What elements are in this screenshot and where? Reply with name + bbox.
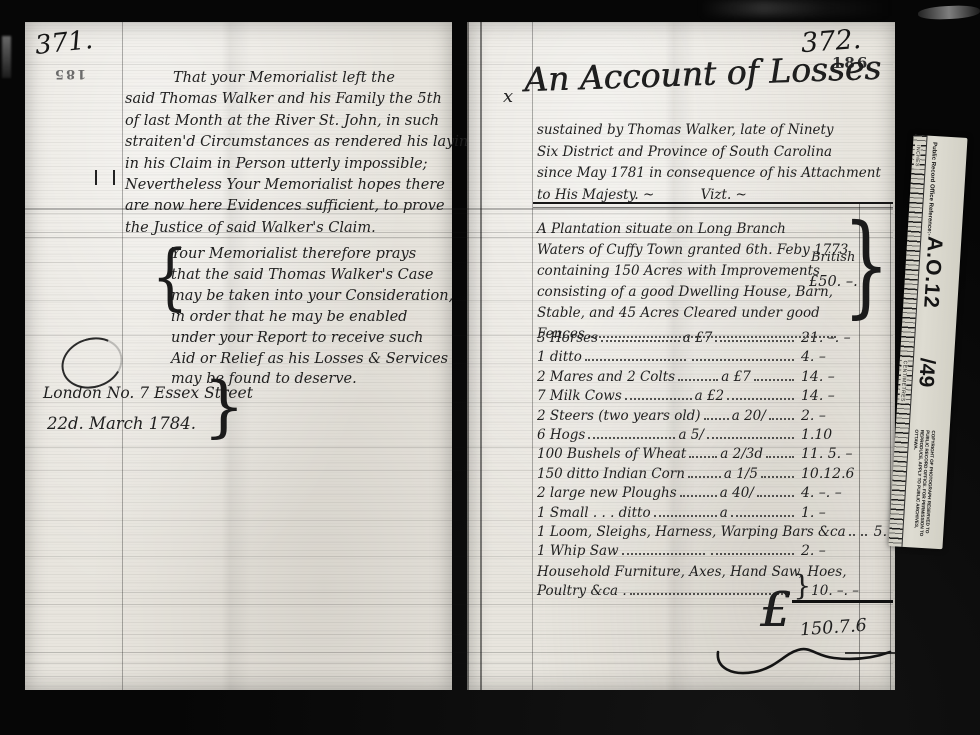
item-amount: 21. –. – <box>797 330 859 346</box>
page-number: 371. <box>34 25 95 61</box>
item-description: 150 ditto Indian Corn <box>537 466 685 482</box>
dotted-leader <box>689 456 717 458</box>
item-description: 1 Loom, Sleighs, Harness, Warping Bars &… <box>537 524 846 540</box>
manuscript-line: may be taken into your Consideration, <box>171 286 461 307</box>
item-description: 2 large new Ploughs <box>537 485 677 501</box>
folio-stamp: 185 <box>53 66 86 81</box>
dotted-leader <box>588 437 675 439</box>
item-amount: 1.10 <box>797 427 859 443</box>
copyright-notice: COPYRIGHT OF PHOTOGRAPH RESERVED TO PUBL… <box>907 429 936 544</box>
manuscript-line: Aid or Relief as his Losses & Services <box>171 349 461 370</box>
item-rate: a £2 <box>695 388 725 404</box>
item-description: 3 Horses <box>537 330 598 346</box>
manuscript-line: sustained by Thomas Walker, late of Nine… <box>537 120 872 142</box>
money-column-rule <box>890 202 891 690</box>
dotted-leader <box>692 359 794 361</box>
item-rate: a 5/ <box>678 427 703 443</box>
manuscript-line: Waters of Cuffy Town granted 6th. Feby 1… <box>537 240 839 261</box>
item-rate: a 20/ <box>732 408 766 424</box>
item-description: 2 Mares and 2 Colts <box>537 369 675 385</box>
account-items: 3 Horses a £7 21. –. – 1 ditto 4. – 2 Ma… <box>537 330 859 563</box>
manuscript-line: straiten'd Circumstances as rendered his… <box>125 132 473 153</box>
account-item-row: 6 Hogs a 5/ 1.10 <box>537 427 859 446</box>
item-amount: 14. – <box>797 369 859 385</box>
currency-label: British <box>811 250 855 265</box>
account-title: An Account of Losses <box>523 48 884 100</box>
scan-smudge <box>918 4 980 20</box>
archive-reference-strip: INCHES CENTIMETRES Public Record Office … <box>888 135 967 550</box>
manuscript-line: said Thomas Walker and his Family the 5t… <box>125 89 473 110</box>
manuscript-line: Nevertheless Your Memorialist hopes ther… <box>125 175 473 196</box>
dotted-leader <box>715 340 794 342</box>
item-amount: £50. –. – <box>809 274 870 290</box>
majesty-text: to His Majesty. ~ <box>537 187 654 203</box>
brace-flourish: } <box>843 211 890 321</box>
scan-smudge <box>700 0 890 16</box>
dotted-leader <box>766 456 794 458</box>
dotted-leader <box>727 398 794 400</box>
dotted-leader <box>861 534 867 536</box>
margin-rule <box>532 22 533 690</box>
manuscript-line: Stable, and 45 Acres Cleared under good <box>537 303 839 324</box>
account-item-row: 2 Steers (two years old) a 20/ 2. – <box>537 408 859 427</box>
item-description: 6 Hogs <box>537 427 585 443</box>
date-line: 22d. March 1784. <box>47 414 196 433</box>
dotted-leader <box>731 515 794 517</box>
dotted-leader <box>680 495 717 497</box>
dotted-leader <box>754 379 794 381</box>
memorial-paragraph: That your Memorialist left the said Thom… <box>125 68 473 239</box>
piece-number: /49 <box>911 357 939 426</box>
account-subtitle: sustained by Thomas Walker, late of Nine… <box>537 120 872 206</box>
dotted-leader <box>625 398 692 400</box>
manuscript-line: in order that he may be enabled <box>171 307 461 328</box>
manuscript-line: consisting of a good Dwelling House, Bar… <box>537 282 839 303</box>
item-rate: a 1/5 <box>724 466 758 482</box>
item-description: 1 Small . . . ditto <box>537 505 651 521</box>
brace-flourish: } <box>203 374 245 440</box>
header-double-rule <box>533 202 893 208</box>
manuscript-line: are now here Evidences sufficient, to pr… <box>125 196 473 217</box>
dotted-leader <box>654 515 717 517</box>
manuscript-line: Your Memorialist therefore prays <box>171 244 461 265</box>
manuscript-line: A Plantation situate on Long Branch <box>537 219 839 240</box>
dotted-leader <box>585 359 687 361</box>
item-description: 100 Bushels of Wheat <box>537 446 686 462</box>
item-description: Poultry &ca . <box>537 582 627 601</box>
viz-label: Vizt. ~ <box>701 187 747 203</box>
item-amount: 2. – <box>797 408 859 424</box>
item-amount: 10.12.6 <box>797 466 859 482</box>
left-page: 371. 185 That your Memorialist left the … <box>25 22 452 690</box>
account-item-row: 1 Loom, Sleighs, Harness, Warping Bars &… <box>537 524 859 543</box>
dotted-leader <box>622 553 705 555</box>
total-swash-flourish <box>714 638 894 680</box>
item-amount: 4. –. – <box>797 485 859 501</box>
item-amount: 4. – <box>797 349 859 365</box>
manuscript-line: Six District and Province of South Carol… <box>537 142 872 164</box>
account-item-row: 1 Small . . . ditto a 1. – <box>537 505 859 524</box>
total-amount: 150.7.6 <box>799 616 867 641</box>
total-currency-symbol: £ <box>760 582 791 638</box>
dotted-leader <box>849 534 855 536</box>
account-item-row: 150 ditto Indian Corn a 1/5 10.12.6 <box>537 466 859 485</box>
item-rate: a 40/ <box>720 485 754 501</box>
account-item-row: 1 ditto 4. – <box>537 349 859 368</box>
item-description: 1 ditto <box>537 349 582 365</box>
manuscript-line: containing 150 Acres with Improvements <box>537 261 839 282</box>
item-description: 2 Steers (two years old) <box>537 408 701 424</box>
manuscript-line: Poultry &ca . } 10. –. – <box>537 582 859 601</box>
manuscript-line: that the said Thomas Walker's Case <box>171 265 461 286</box>
plantation-entry: A Plantation situate on Long Branch Wate… <box>537 219 839 345</box>
right-page: 372. 186 x An Account of Losses sustaine… <box>467 22 895 690</box>
dotted-leader <box>769 418 794 420</box>
dotted-leader <box>704 418 729 420</box>
margin-tick-marks <box>95 170 115 185</box>
item-amount: 11. 5. – <box>797 446 859 462</box>
dotted-leader <box>711 553 794 555</box>
manuscript-line: under your Report to receive such <box>171 328 461 349</box>
account-item-row: 1 Whip Saw 2. – <box>537 543 859 562</box>
item-amount: 1. – <box>797 505 859 521</box>
item-amount: 14. – <box>797 388 859 404</box>
page-edge-glint <box>2 36 11 78</box>
item-rate: a £7 <box>683 330 713 346</box>
manuscript-line: in his Claim in Person utterly impossibl… <box>125 154 473 175</box>
manuscript-line: That your Memorialist left the <box>125 68 473 89</box>
item-description: 1 Whip Saw <box>537 543 619 559</box>
account-item-row: 7 Milk Cows a £2 14. – <box>537 388 859 407</box>
household-entry: Household Furniture, Axes, Hand Saw, Hoe… <box>537 563 859 601</box>
dotted-leader <box>707 437 794 439</box>
item-rate: a 2/3d <box>720 446 763 462</box>
account-item-row: 2 Mares and 2 Colts a £7 14. – <box>537 369 859 388</box>
dotted-leader <box>761 476 794 478</box>
item-rate: a £7 <box>721 369 751 385</box>
account-item-row: 3 Horses a £7 21. –. – <box>537 330 859 349</box>
manuscript-scan: 371. 185 That your Memorialist left the … <box>0 0 980 735</box>
dotted-leader <box>688 476 721 478</box>
dotted-leader <box>601 340 680 342</box>
item-amount: 10. –. – <box>811 582 859 601</box>
dotted-leader <box>757 495 794 497</box>
index-mark: x <box>503 86 513 107</box>
binding-rule <box>480 22 482 690</box>
item-description: 7 Milk Cows <box>537 388 622 404</box>
total-rule <box>792 600 893 603</box>
manuscript-line: of last Month at the River St. John, in … <box>125 111 473 132</box>
item-rate: a <box>720 505 728 521</box>
dotted-leader <box>678 379 718 381</box>
item-amount: 2. – <box>797 543 859 559</box>
account-item-row: 100 Bushels of Wheat a 2/3d 11. 5. – <box>537 446 859 465</box>
account-item-row: 2 large new Ploughs a 40/ 4. –. – <box>537 485 859 504</box>
manuscript-line: since May 1781 in consequence of his Att… <box>537 163 872 185</box>
